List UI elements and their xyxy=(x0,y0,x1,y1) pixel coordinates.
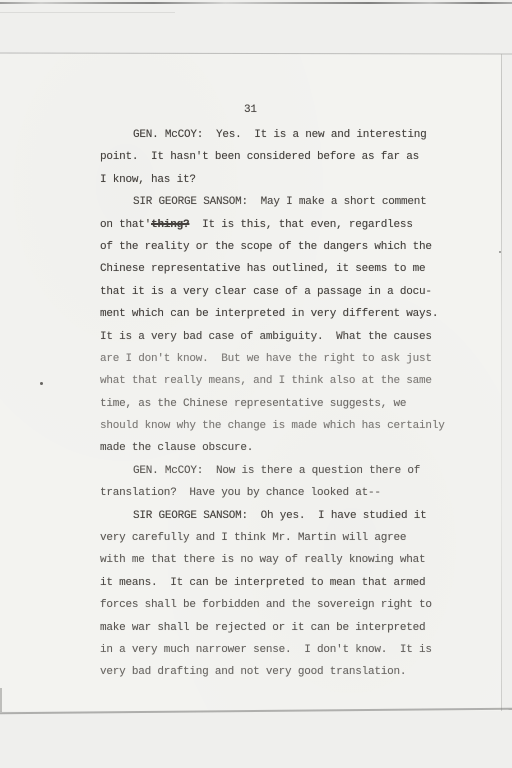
text-segment: Chinese representative has outlined, it … xyxy=(100,263,425,275)
text-line: very carefully and I think Mr. Martin wi… xyxy=(100,527,470,549)
paper-bottom-left-corner-edge xyxy=(0,688,2,712)
text-line: it means. It can be interpreted to mean … xyxy=(100,572,470,594)
text-segment: It is this, that even, regardless xyxy=(189,219,412,231)
text-line: made the clause obscure. xyxy=(100,437,470,459)
text-segment: with me that there is no way of really k… xyxy=(100,554,425,566)
text-line: Chinese representative has outlined, it … xyxy=(100,258,470,280)
text-line: SIR GEORGE SANSOM: Oh yes. I have studie… xyxy=(100,505,470,527)
text-segment: translation? Have you by chance looked a… xyxy=(100,487,381,499)
text-line: point. It hasn't been considered before … xyxy=(100,146,470,168)
text-line: I know, has it? xyxy=(100,169,470,191)
text-segment: what that really means, and I think also… xyxy=(100,375,432,387)
text-line: ment which can be interpreted in very di… xyxy=(100,303,470,325)
text-line: are I don't know. But we have the right … xyxy=(100,348,470,370)
text-segment: SIR GEORGE SANSOM: Oh yes. I have studie… xyxy=(133,510,427,522)
text-line: translation? Have you by chance looked a… xyxy=(100,482,470,504)
page-number: 31 xyxy=(244,104,257,116)
text-segment: make war shall be rejected or it can be … xyxy=(100,622,425,634)
text-line: should know why the change is made which… xyxy=(100,415,470,437)
text-segment: should know why the change is made which… xyxy=(100,420,445,432)
ink-speck xyxy=(499,251,501,253)
transcript-text-block: GEN. McCOY: Yes. It is a new and interes… xyxy=(100,124,470,684)
text-segment: of the reality or the scope of the dange… xyxy=(100,241,432,253)
text-segment: I know, has it? xyxy=(100,174,196,186)
scan-artifact-faint-line xyxy=(0,12,175,13)
text-line: SIR GEORGE SANSOM: May I make a short co… xyxy=(100,191,470,213)
text-line: forces shall be forbidden and the sovere… xyxy=(100,594,470,616)
text-segment: SIR GEORGE SANSOM: May I make a short co… xyxy=(133,196,427,208)
scan-artifact-top-line xyxy=(0,2,512,4)
text-segment: that it is a very clear case of a passag… xyxy=(100,286,432,298)
scanned-document-page: 31 GEN. McCOY: Yes. It is a new and inte… xyxy=(0,0,512,768)
text-line: in a very much narrower sense. I don't k… xyxy=(100,639,470,661)
text-line: time, as the Chinese representative sugg… xyxy=(100,393,470,415)
text-line: that it is a very clear case of a passag… xyxy=(100,281,470,303)
text-segment: made the clause obscure. xyxy=(100,442,253,454)
text-line: make war shall be rejected or it can be … xyxy=(100,617,470,639)
text-segment: GEN. McCOY: Now is there a question ther… xyxy=(133,465,420,477)
text-segment: ment which can be interpreted in very di… xyxy=(100,308,438,320)
text-segment: are I don't know. But we have the right … xyxy=(100,353,432,365)
ink-speck xyxy=(40,382,43,385)
text-line: GEN. McCOY: Yes. It is a new and interes… xyxy=(100,124,470,146)
text-segment: very carefully and I think Mr. Martin wi… xyxy=(100,532,406,544)
text-segment: GEN. McCOY: Yes. It is a new and interes… xyxy=(133,129,427,141)
text-line: very bad drafting and not very good tran… xyxy=(100,661,470,683)
text-segment: very bad drafting and not very good tran… xyxy=(100,666,406,678)
text-segment: point. It hasn't been considered before … xyxy=(100,151,419,163)
text-line: GEN. McCOY: Now is there a question ther… xyxy=(100,460,470,482)
text-segment: in a very much narrower sense. I don't k… xyxy=(100,644,432,656)
text-line: with me that there is no way of really k… xyxy=(100,549,470,571)
text-segment: forces shall be forbidden and the sovere… xyxy=(100,599,432,611)
text-line: It is a very bad case of ambiguity. What… xyxy=(100,326,470,348)
text-line: of the reality or the scope of the dange… xyxy=(100,236,470,258)
text-segment: on that' xyxy=(100,219,151,231)
text-segment: It is a very bad case of ambiguity. What… xyxy=(100,331,432,343)
paper-right-edge xyxy=(501,54,502,711)
text-segment: time, as the Chinese representative sugg… xyxy=(100,398,406,410)
text-segment: it means. It can be interpreted to mean … xyxy=(100,577,425,589)
text-line: on that'thing? It is this, that even, re… xyxy=(100,214,470,236)
struck-out-word: thing? xyxy=(151,219,189,231)
text-line: what that really means, and I think also… xyxy=(100,370,470,392)
